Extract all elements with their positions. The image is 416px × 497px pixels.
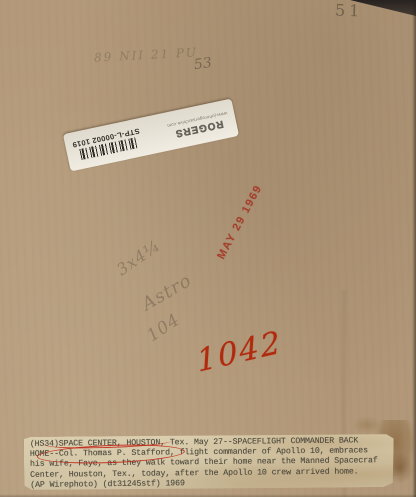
archive-sticker-brand-block: ROGERS www.johnrogersarchive.com: [167, 111, 230, 139]
pencil-mark-top-right: 51: [335, 1, 364, 21]
scan-edge-right: [412, 0, 416, 497]
archive-sticker-code-block: STP-L-00002 1019: [72, 127, 143, 161]
pencil-note-extra: 104: [143, 310, 184, 346]
pencil-mark-top-number: 53: [193, 55, 213, 73]
date-stamp: MAY 29 1969: [210, 173, 269, 270]
caption-strip: (HS34)SPACE CENTER, HOUSTON, Tex. May 27…: [24, 433, 395, 491]
red-crayon-number: 1042: [195, 324, 284, 379]
paper-texture: [0, 0, 416, 497]
press-photo-back: 51 89 NII 21 PU 53 3x4¼ Astro 104 ROGERS…: [0, 0, 416, 497]
pencil-note-astro: Astro: [138, 270, 195, 315]
pencil-mark-top-row: 89 NII 21 PU: [94, 45, 199, 64]
pencil-note-size: 3x4¼: [113, 236, 164, 280]
archive-sticker: ROGERS www.johnrogersarchive.com STP-L-0…: [63, 99, 239, 172]
glue-stain: [352, 416, 382, 434]
